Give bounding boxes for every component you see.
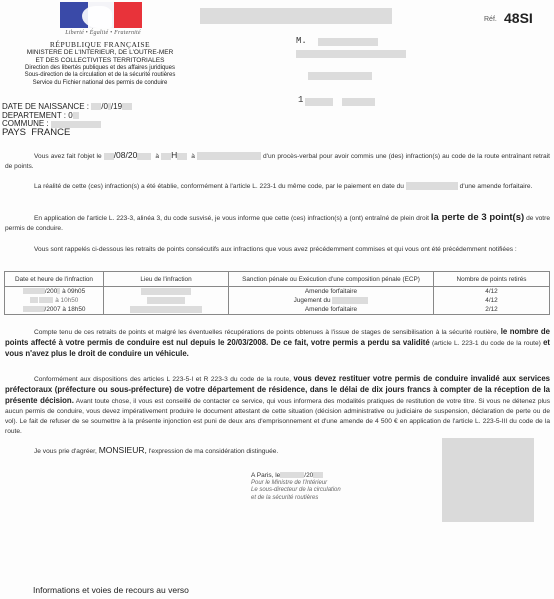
identity-block: DATE DE NAISSANCE : /0/19 DEPARTEMENT : … <box>2 103 132 137</box>
paragraph-reminder: Vous sont rappelés ci-dessous les retrai… <box>5 245 550 255</box>
col-date: Date et heure de l'infraction <box>5 272 104 287</box>
paragraph-restitution: Conformément aux dispositions des articl… <box>5 374 550 437</box>
signature-line-1: Pour le Ministre de l'Intérieur <box>251 480 341 488</box>
ministry-line-2: ET DES COLLECTIVITES TERRITORIALES <box>0 57 200 65</box>
recipient-title: M. <box>296 36 307 46</box>
country-value: FRANCE <box>31 127 70 138</box>
recipient-salutation: MONSIEUR, <box>99 445 147 455</box>
paragraph-points-loss: En application de l'article L. 223-3, al… <box>5 213 550 234</box>
redacted-header <box>200 8 392 24</box>
marianne-profile-icon <box>82 6 112 28</box>
ministry-header: RÉPUBLIQUE FRANÇAISE MINISTERE DE L'INTE… <box>0 41 200 87</box>
redacted-address-line <box>308 72 372 80</box>
direction: Direction des libertés publiques et des … <box>0 65 200 72</box>
sub-direction: Sous-direction de la circulation et de l… <box>0 72 200 79</box>
ministry-line-1: MINISTERE DE L'INTERIEUR, DE L'OUTRE-MER <box>0 49 200 57</box>
points-history-table: Date et heure de l'infraction Lieu de l'… <box>4 271 550 315</box>
signature-block: A Paris, le/20 Pour le Ministre de l'Int… <box>251 472 341 502</box>
ref-number: 48SI <box>504 10 533 26</box>
republic-name: RÉPUBLIQUE FRANÇAISE <box>0 41 200 49</box>
footer-note: Informations et voies de recours au vers… <box>33 585 189 595</box>
marianne-logo <box>60 2 142 28</box>
redacted-name <box>318 38 378 46</box>
redacted-city <box>342 98 375 106</box>
paragraph-notice: Vous avez fait l'objet le /08/20 à H à d… <box>5 150 550 172</box>
redacted-street <box>296 50 406 58</box>
col-place: Lieu de l'infraction <box>104 272 229 287</box>
republic-motto: Liberté • Égalité • Fraternité <box>48 30 158 36</box>
paragraph-zero-points: Compte tenu de ces retraits de points et… <box>5 327 550 360</box>
signature-line-3: et de la sécurité routières <box>251 495 341 503</box>
points-lost: la perte de 3 point(s) <box>431 212 524 223</box>
redacted-stamp <box>442 438 534 522</box>
country-label: PAYS <box>2 127 26 138</box>
col-points: Nombre de points retirés <box>434 272 550 287</box>
postal-code-prefix: 1 <box>298 95 303 105</box>
table-row: à 10h50 Jugement du 4/12 <box>5 296 550 305</box>
table-row: /200 à 09h05 Amende forfaitaire 4/12 <box>5 287 550 297</box>
paragraph-reality: La réalité de cette (ces) infraction(s) … <box>5 182 550 192</box>
table-row: /2007 à 18h50 Amende forfaitaire 2/12 <box>5 305 550 315</box>
col-sanction: Sanction pénale ou Exécution d'une compo… <box>229 272 434 287</box>
signature-line-2: Le sous-directeur de la circulation <box>251 487 341 495</box>
ref-label: Réf. <box>484 16 497 23</box>
service: Service du Fichier national des permis d… <box>0 80 200 87</box>
redacted-postal-code <box>305 98 333 106</box>
signature-place: A Paris, le <box>251 472 280 479</box>
